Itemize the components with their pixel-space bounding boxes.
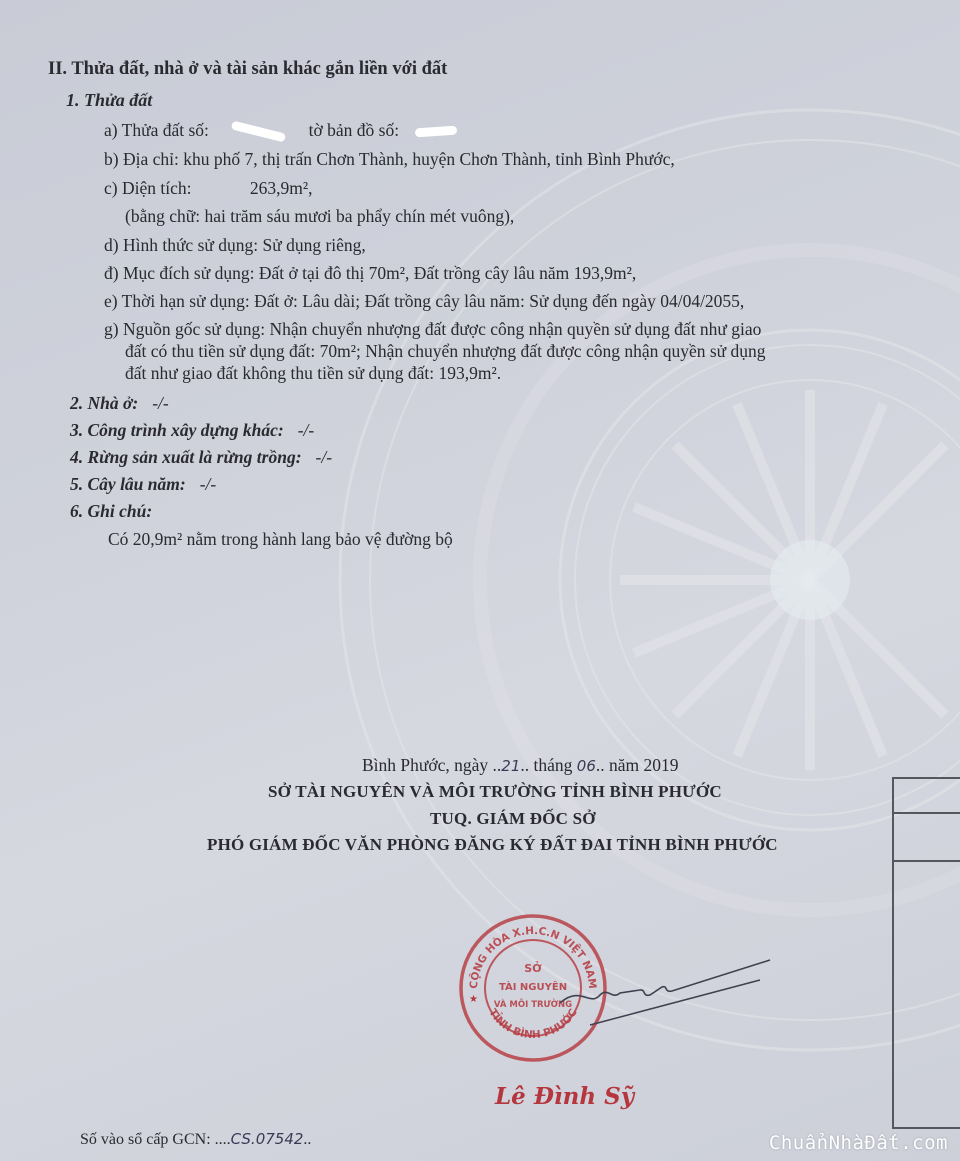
usage-origin-line-3: đất như giao đất không thu tiền sử dụng … [125,362,501,384]
other-construction-label: 3. Công trình xây dựng khác: [70,420,284,440]
planted-forest-row: 4. Rừng sản xuất là rừng trồng:-/- [70,446,332,468]
month-label: .. tháng [520,755,576,775]
map-sheet-label: tờ bản đồ số: [309,120,399,140]
gcn-label: Số vào sổ cấp GCN: .... [80,1131,231,1148]
perennial-trees-value: -/- [200,474,217,494]
house-label: 2. Nhà ở: [70,393,138,413]
planted-forest-label: 4. Rừng sản xuất là rừng trồng: [70,447,302,467]
issue-date: Bình Phước, ngày ..21.. tháng 06.. năm 2… [362,754,679,777]
perennial-trees-label: 5. Cây lâu năm: [70,474,186,494]
address: b) Địa chỉ: khu phố 7, thị trấn Chơn Thà… [104,148,675,170]
house-row: 2. Nhà ở:-/- [70,392,169,414]
handwritten-signature [560,945,800,1035]
issue-month: 06 [577,757,596,775]
parcel-number-row: a) Thửa đất số: tờ bản đồ số: [104,119,457,141]
land-certificate-page: II. Thửa đất, nhà ở và tài sản khác gắn … [0,0,960,1161]
note-text: Có 20,9m² nằm trong hành lang bảo vệ đườ… [108,528,453,550]
usage-origin-line-2: đất có thu tiền sử dụng đất: 70m²; Nhận … [125,340,766,362]
other-construction-row: 3. Công trình xây dựng khác:-/- [70,419,314,441]
site-watermark: ChuẩnNhàĐất.com [769,1132,948,1154]
side-table-divider [894,812,960,814]
svg-text:TÀI NGUYÊN: TÀI NGUYÊN [499,980,567,993]
area-row: c) Diện tích: 263,9m², [104,177,312,199]
area-value: 263,9m², [250,178,313,198]
svg-text:SỞ: SỞ [524,961,542,975]
perennial-trees-row: 5. Cây lâu năm:-/- [70,473,216,495]
side-table-divider [894,860,960,862]
svg-text:★: ★ [469,994,478,1005]
usage-origin-line-1: g) Nguồn gốc sử dụng: Nhận chuyển nhượng… [104,318,761,340]
redacted-map-sheet-number [415,126,458,138]
other-construction-value: -/- [298,420,315,440]
usage-form: d) Hình thức sử dụng: Sử dụng riêng, [104,234,366,256]
gcn-number: CS.07542 [231,1130,304,1148]
planted-forest-value: -/- [316,447,333,467]
signer-title: PHÓ GIÁM ĐỐC VĂN PHÒNG ĐĂNG KÝ ĐẤT ĐAI T… [207,834,778,856]
gcn-suffix: .. [303,1131,311,1148]
usage-purpose: đ) Mục đích sử dụng: Đất ở tại đô thị 70… [104,262,636,284]
issue-place: Bình Phước, ngày .. [362,755,501,775]
house-value: -/- [152,393,169,413]
section-title: II. Thửa đất, nhà ở và tài sản khác gắn … [48,58,447,80]
side-table-box [892,777,960,1129]
issuing-department: SỞ TÀI NGUYÊN VÀ MÔI TRƯỜNG TỈNH BÌNH PH… [268,781,722,803]
issue-day: 21 [501,757,520,775]
note-heading: 6. Ghi chú: [70,500,152,522]
parcel-heading: 1. Thửa đất [66,89,152,111]
gcn-entry-row: Số vào sổ cấp GCN: ....CS.07542.. [80,1128,311,1151]
usage-term: e) Thời hạn sử dụng: Đất ở: Lâu dài; Đất… [104,290,744,312]
parcel-number-label: a) Thửa đất số: [104,120,209,140]
area-label: c) Diện tích: [104,178,191,198]
signer-name: Lê Đình Sỹ [495,1083,634,1110]
issue-year: .. năm 2019 [596,755,679,775]
authorization-line: TUQ. GIÁM ĐỐC SỞ [430,808,596,830]
area-in-words: (bằng chữ: hai trăm sáu mươi ba phẩy chí… [125,205,514,227]
redacted-parcel-number [231,121,287,143]
